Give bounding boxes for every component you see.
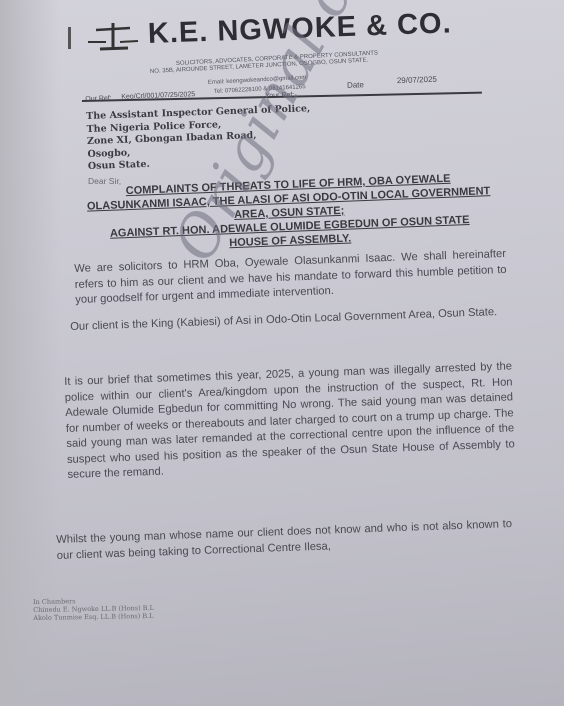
letterhead-mark (68, 27, 71, 49)
scales-of-justice-icon (88, 20, 138, 54)
letter-page: K.E. NGWOKE & CO. SOLICITORS, ADVOCATES,… (0, 0, 564, 706)
date-label: Date (347, 80, 364, 90)
letter-date: 29/07/2025 (397, 75, 437, 85)
body-paragraph-3: It is our brief that sometimes this year… (64, 359, 516, 483)
body-paragraph-4: Whilst the young man whose name our clie… (56, 517, 513, 564)
cc-block: In Chambers Chinedu E. Ngwoke LL.B (Hons… (33, 596, 154, 622)
subject-heading: COMPLAINTS OF THREATS TO LIFE OF HRM, OB… (78, 170, 500, 256)
body-paragraph-2: Our client is the King (Kabiesi) of Asi … (70, 305, 506, 336)
body-paragraph-1: We are solicitors to HRM Oba, Oyewale Ol… (74, 247, 507, 309)
